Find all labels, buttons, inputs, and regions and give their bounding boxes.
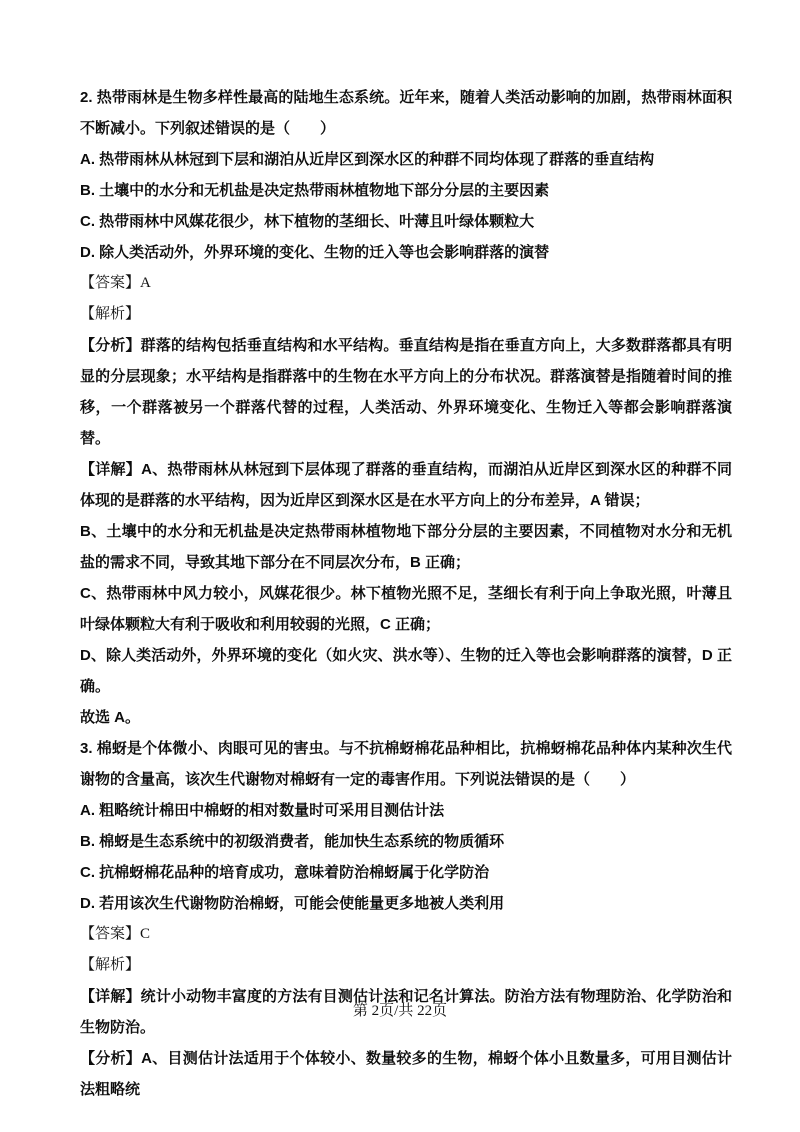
question-2-analysis-header: 【解析】 — [80, 299, 732, 330]
question-2-analysis-paragraph: 【分析】群落的结构包括垂直结构和水平结构。垂直结构是指在垂直方向上，大多数群落都… — [80, 330, 732, 454]
question-3-option-d: D. 若用该次生代谢物防治棉蚜，可能会使能量更多地被人类利用 — [80, 888, 732, 919]
question-3-option-c: C. 抗棉蚜棉花品种的培育成功，意味着防治棉蚜属于化学防治 — [80, 857, 732, 888]
document-page: 2. 热带雨林是生物多样性最高的陆地生态系统。近年来，随着人类活动影响的加剧，热… — [0, 0, 800, 1132]
question-2-option-a: A. 热带雨林从林冠到下层和湖泊从近岸区到深水区的种群不同均体现了群落的垂直结构 — [80, 144, 732, 175]
question-2-detail-paragraph-b: B、土壤中的水分和无机盐是决定热带雨林植物地下部分分层的主要因素，不同植物对水分… — [80, 516, 732, 578]
question-3-analysis-paragraph: 【分析】A、目测估计法适用于个体较小、数量较多的生物，棉蚜个体小且数量多，可用目… — [80, 1043, 732, 1105]
question-2-detail-paragraph-d: D、除人类活动外，外界环境的变化（如火灾、洪水等）、生物的迁入等也会影响群落的演… — [80, 640, 732, 702]
question-2-answer-line: 【答案】A — [80, 268, 732, 299]
question-2-detail-paragraph-a: 【详解】A、热带雨林从林冠到下层体现了群落的垂直结构，而湖泊从近岸区到深水区的种… — [80, 454, 732, 516]
question-3-option-a: A. 粗略统计棉田中棉蚜的相对数量时可采用目测估计法 — [80, 795, 732, 826]
question-2-stem: 2. 热带雨林是生物多样性最高的陆地生态系统。近年来，随着人类活动影响的加剧，热… — [80, 82, 732, 144]
question-2-block: 2. 热带雨林是生物多样性最高的陆地生态系统。近年来，随着人类活动影响的加剧，热… — [80, 82, 732, 733]
question-2-option-d: D. 除人类活动外，外界环境的变化、生物的迁入等也会影响群落的演替 — [80, 237, 732, 268]
question-3-stem: 3. 棉蚜是个体微小、肉眼可见的害虫。与不抗棉蚜棉花品种相比，抗棉蚜棉花品种体内… — [80, 733, 732, 795]
exam-content: 2. 热带雨林是生物多样性最高的陆地生态系统。近年来，随着人类活动影响的加剧，热… — [80, 82, 732, 1105]
question-2-option-b: B. 土壤中的水分和无机盐是决定热带雨林植物地下部分分层的主要因素 — [80, 175, 732, 206]
question-2-conclusion: 故选 A。 — [80, 702, 732, 733]
page-number-footer: 第 2页/共 22页 — [0, 1000, 800, 1022]
question-3-option-b: B. 棉蚜是生态系统中的初级消费者，能加快生态系统的物质循环 — [80, 826, 732, 857]
question-3-answer-line: 【答案】C — [80, 919, 732, 950]
question-2-detail-paragraph-c: C、热带雨林中风力较小，风媒花很少。林下植物光照不足，茎细长有利于向上争取光照，… — [80, 578, 732, 640]
question-3-analysis-header: 【解析】 — [80, 950, 732, 981]
question-3-block: 3. 棉蚜是个体微小、肉眼可见的害虫。与不抗棉蚜棉花品种相比，抗棉蚜棉花品种体内… — [80, 733, 732, 1105]
question-2-option-c: C. 热带雨林中风媒花很少，林下植物的茎细长、叶薄且叶绿体颗粒大 — [80, 206, 732, 237]
